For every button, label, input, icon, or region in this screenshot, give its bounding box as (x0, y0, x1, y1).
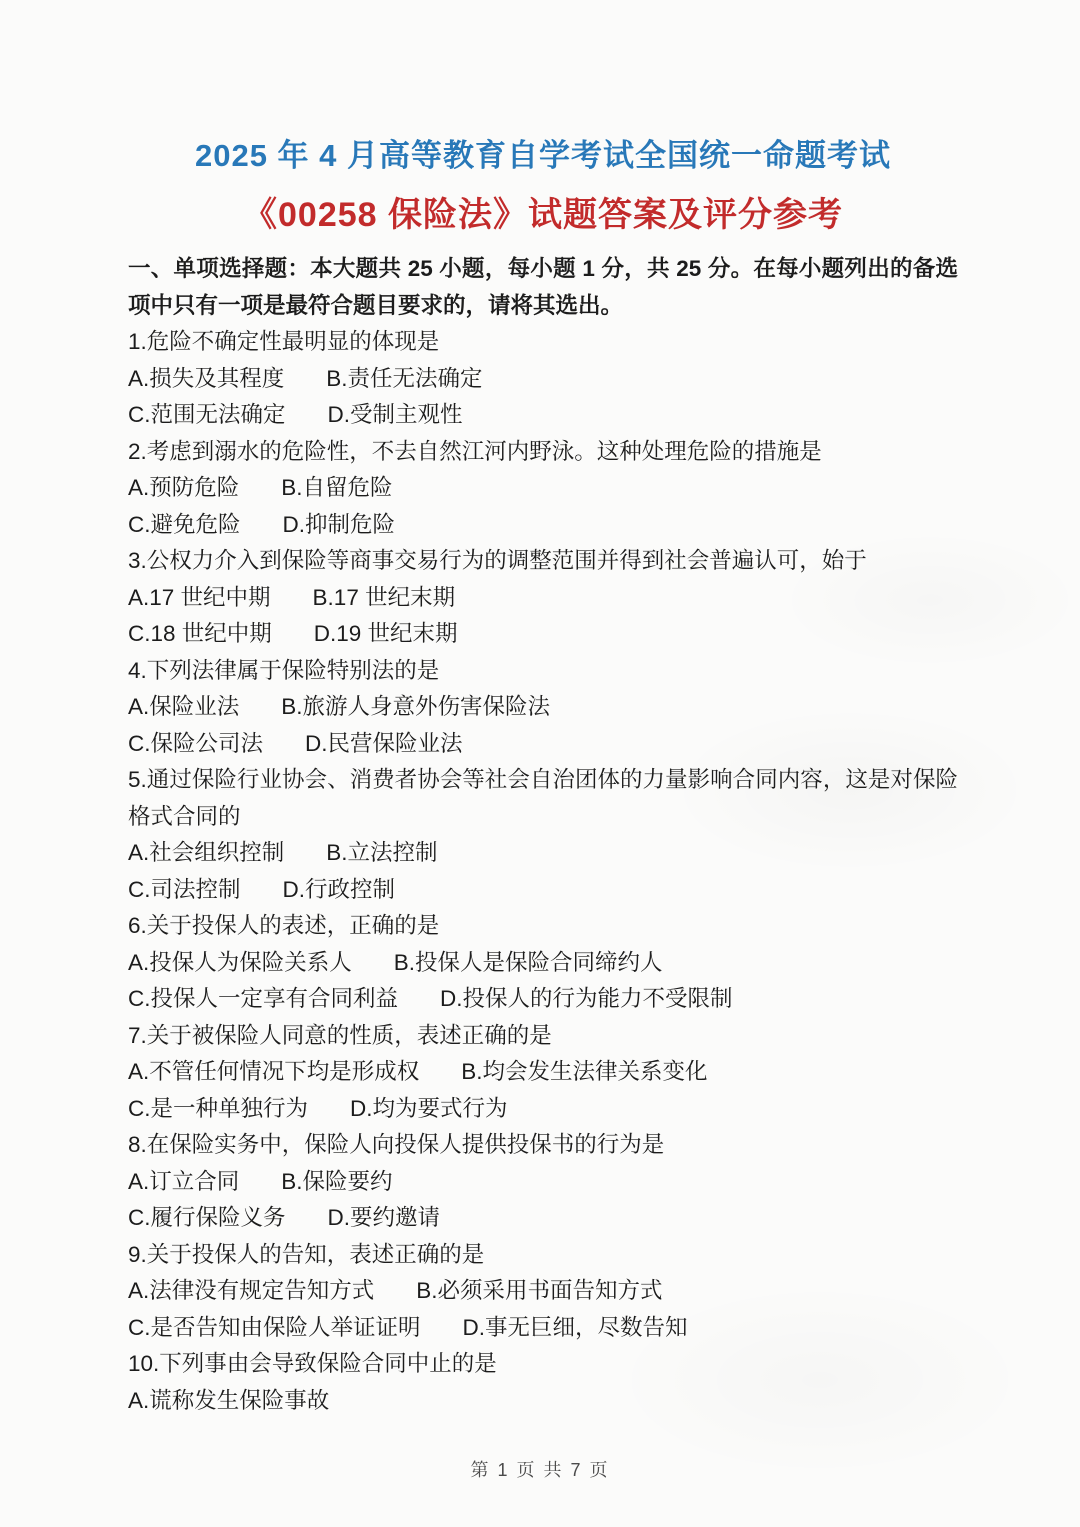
answer-option: A.投保人为保险关系人 (128, 945, 352, 982)
answer-option: B.投保人是保险合同缔约人 (394, 945, 663, 982)
answer-option: B.责任无法确定 (326, 361, 482, 398)
answer-option: B.旅游人身意外伤害保险法 (281, 689, 550, 726)
option-row: C.是否告知由保险人举证证明D.事无巨细，尽数告知 (128, 1310, 958, 1347)
question-text: 6.关于投保人的表述，正确的是 (128, 908, 958, 945)
answer-option: D.均为要式行为 (350, 1091, 508, 1128)
option-row: A.预防危险B.自留危险 (128, 470, 958, 507)
answer-option: C.履行保险义务 (128, 1200, 286, 1237)
question-text: 8.在保险实务中，保险人向投保人提供投保书的行为是 (128, 1127, 958, 1164)
question-text: 3.公权力介入到保险等商事交易行为的调整范围并得到社会普遍认可，始于 (128, 543, 958, 580)
answer-option: C.司法控制 (128, 872, 241, 909)
question-block: 6.关于投保人的表述，正确的是A.投保人为保险关系人B.投保人是保险合同缔约人C… (128, 908, 958, 1018)
answer-option: C.18 世纪中期 (128, 616, 272, 653)
question-text: 7.关于被保险人同意的性质，表述正确的是 (128, 1018, 958, 1055)
option-row: C.避免危险D.抑制危险 (128, 507, 958, 544)
answer-option: C.投保人一定享有合同利益 (128, 981, 398, 1018)
option-row: A.17 世纪中期B.17 世纪末期 (128, 580, 958, 617)
question-block: 5.通过保险行业协会、消费者协会等社会自治团体的力量影响合同内容，这是对保险格式… (128, 762, 958, 908)
answer-option: A.17 世纪中期 (128, 580, 271, 617)
option-row: A.保险业法B.旅游人身意外伤害保险法 (128, 689, 958, 726)
question-block: 2.考虑到溺水的危险性，不去自然江河内野泳。这种处理危险的措施是A.预防危险B.… (128, 434, 958, 544)
option-row: C.履行保险义务D.要约邀请 (128, 1200, 958, 1237)
question-block: 7.关于被保险人同意的性质，表述正确的是A.不管任何情况下均是形成权B.均会发生… (128, 1018, 958, 1128)
option-row: A.不管任何情况下均是形成权B.均会发生法律关系变化 (128, 1054, 958, 1091)
question-text: 10.下列事由会导致保险合同中止的是 (128, 1346, 958, 1383)
answer-option: C.是否告知由保险人举证证明 (128, 1310, 421, 1347)
answer-option: B.均会发生法律关系变化 (461, 1054, 707, 1091)
answer-option: A.损失及其程度 (128, 361, 284, 398)
answer-option: B.立法控制 (326, 835, 437, 872)
page-subtitle: 《00258 保险法》试题答案及评分参考 (128, 192, 958, 238)
question-block: 10.下列事由会导致保险合同中止的是A.谎称发生保险事故 (128, 1346, 958, 1419)
option-row: A.法律没有规定告知方式B.必须采用书面告知方式 (128, 1273, 958, 1310)
option-row: C.是一种单独行为D.均为要式行为 (128, 1091, 958, 1128)
answer-option: D.受制主观性 (328, 397, 463, 434)
question-list: 1.危险不确定性最明显的体现是A.损失及其程度B.责任无法确定C.范围无法确定D… (128, 324, 958, 1419)
answer-option: C.是一种单独行为 (128, 1091, 308, 1128)
answer-option: D.事无巨细，尽数告知 (463, 1310, 688, 1347)
option-row: C.范围无法确定D.受制主观性 (128, 397, 958, 434)
answer-option: B.保险要约 (281, 1164, 392, 1201)
answer-option: A.谎称发生保险事故 (128, 1383, 329, 1420)
answer-option: B.自留危险 (281, 470, 392, 507)
page-title: 2025 年 4 月高等教育自学考试全国统一命题考试 (128, 134, 958, 178)
answer-option: C.避免危险 (128, 507, 241, 544)
question-block: 8.在保险实务中，保险人向投保人提供投保书的行为是A.订立合同B.保险要约C.履… (128, 1127, 958, 1237)
question-block: 3.公权力介入到保险等商事交易行为的调整范围并得到社会普遍认可，始于A.17 世… (128, 543, 958, 653)
option-row: A.订立合同B.保险要约 (128, 1164, 958, 1201)
question-text: 5.通过保险行业协会、消费者协会等社会自治团体的力量影响合同内容，这是对保险格式… (128, 762, 958, 835)
answer-option: C.范围无法确定 (128, 397, 286, 434)
answer-option: A.订立合同 (128, 1164, 239, 1201)
answer-option: D.要约邀请 (328, 1200, 441, 1237)
exam-answer-page: 2025 年 4 月高等教育自学考试全国统一命题考试 《00258 保险法》试题… (0, 0, 1080, 1527)
option-row: C.18 世纪中期D.19 世纪末期 (128, 616, 958, 653)
answer-option: D.19 世纪末期 (314, 616, 458, 653)
option-row: A.损失及其程度B.责任无法确定 (128, 361, 958, 398)
answer-option: A.预防危险 (128, 470, 239, 507)
question-text: 1.危险不确定性最明显的体现是 (128, 324, 958, 361)
option-row: A.社会组织控制B.立法控制 (128, 835, 958, 872)
section-heading: 一、单项选择题：本大题共 25 小题，每小题 1 分，共 25 分。在每小题列出… (128, 251, 958, 324)
answer-option: D.行政控制 (283, 872, 396, 909)
page-content: 2025 年 4 月高等教育自学考试全国统一命题考试 《00258 保险法》试题… (128, 134, 958, 1419)
option-row: C.司法控制D.行政控制 (128, 872, 958, 909)
answer-option: D.投保人的行为能力不受限制 (440, 981, 733, 1018)
question-block: 1.危险不确定性最明显的体现是A.损失及其程度B.责任无法确定C.范围无法确定D… (128, 324, 958, 434)
question-text: 2.考虑到溺水的危险性，不去自然江河内野泳。这种处理危险的措施是 (128, 434, 958, 471)
question-text: 9.关于投保人的告知，表述正确的是 (128, 1237, 958, 1274)
answer-option: A.不管任何情况下均是形成权 (128, 1054, 419, 1091)
answer-option: D.抑制危险 (283, 507, 396, 544)
answer-option: B.必须采用书面告知方式 (416, 1273, 662, 1310)
answer-option: A.社会组织控制 (128, 835, 284, 872)
question-block: 9.关于投保人的告知，表述正确的是A.法律没有规定告知方式B.必须采用书面告知方… (128, 1237, 958, 1347)
option-row: A.投保人为保险关系人B.投保人是保险合同缔约人 (128, 945, 958, 982)
page-number: 第 1 页 共 7 页 (0, 1458, 1080, 1482)
option-row: A.谎称发生保险事故 (128, 1383, 958, 1420)
option-row: C.投保人一定享有合同利益D.投保人的行为能力不受限制 (128, 981, 958, 1018)
answer-option: C.保险公司法 (128, 726, 263, 763)
answer-option: A.保险业法 (128, 689, 239, 726)
answer-option: B.17 世纪末期 (313, 580, 456, 617)
question-block: 4.下列法律属于保险特别法的是A.保险业法B.旅游人身意外伤害保险法C.保险公司… (128, 653, 958, 763)
option-row: C.保险公司法D.民营保险业法 (128, 726, 958, 763)
answer-option: A.法律没有规定告知方式 (128, 1273, 374, 1310)
question-text: 4.下列法律属于保险特别法的是 (128, 653, 958, 690)
answer-option: D.民营保险业法 (305, 726, 463, 763)
